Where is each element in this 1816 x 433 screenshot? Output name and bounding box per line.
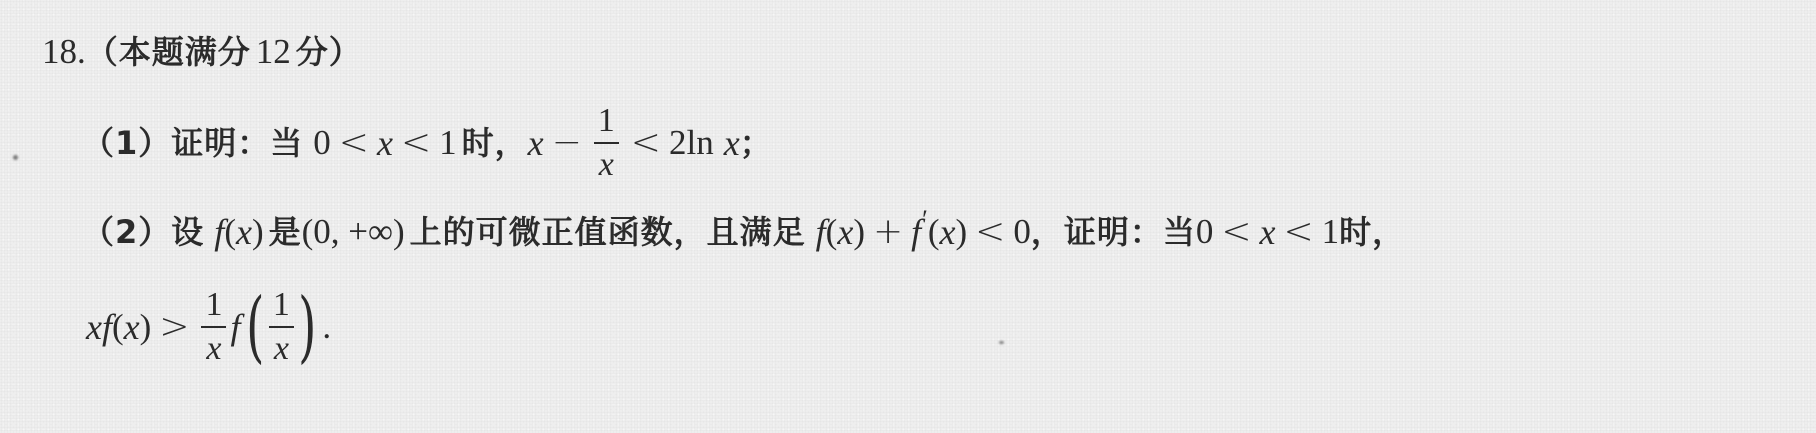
one: 1: [1322, 212, 1340, 252]
part2-when: 时，: [1339, 212, 1405, 252]
var-x: x: [1260, 212, 1276, 252]
prime-mark: ′: [922, 200, 928, 240]
rparen: ): [955, 212, 967, 252]
var-x: x: [940, 212, 956, 252]
fraction-numerator: 1: [269, 287, 294, 323]
var-x: x: [86, 307, 102, 347]
header-unit: 分: [296, 32, 329, 72]
var-x: x: [724, 123, 740, 163]
less-than: <: [1221, 212, 1251, 252]
zero: 0: [1013, 212, 1031, 252]
part1-label: （1）: [82, 123, 171, 163]
fraction-one-over-x: 1 x: [269, 287, 294, 367]
rparen: ): [252, 212, 264, 252]
lparen: (: [112, 307, 124, 347]
problem-header: 18. （ 本题满分 12 分 ）: [42, 32, 362, 72]
part1-statement: （1） 证明：当 0 < x < 1 时， x − 1 x < 2ln x ；: [82, 98, 773, 188]
rparen: ): [853, 212, 865, 252]
rparen: ): [140, 307, 152, 347]
fraction-numerator: 1: [201, 287, 226, 323]
fraction-one-over-x: 1 x: [201, 287, 226, 367]
problem-number: 18.: [42, 32, 86, 72]
part2-label: （2）: [82, 212, 171, 252]
part1-end: ；: [740, 123, 773, 163]
domain-interval: (0, +∞): [302, 212, 405, 252]
greater-than: >: [159, 307, 189, 347]
fraction-bar: [269, 326, 294, 328]
var-x: x: [236, 212, 252, 252]
fraction-bar: [594, 142, 619, 144]
part1-zero: 0: [313, 123, 331, 163]
var-x: x: [377, 123, 393, 163]
scan-speck: [999, 341, 1004, 344]
header-close-paren: ）: [329, 32, 362, 72]
part1-prove: 证明：当: [171, 123, 303, 163]
var-x: x: [837, 212, 853, 252]
part2-let: 设: [171, 212, 204, 252]
fraction-one-over-x: 1 x: [594, 103, 619, 183]
header-label: 本题满分: [119, 32, 251, 72]
part1-when: 时，: [462, 123, 528, 163]
part2-is: 是: [269, 212, 302, 252]
part2-statement: （2） 设 f ( x ) 是 (0, +∞) 上的可微正值函数，且满足 f (…: [82, 212, 1405, 252]
big-lparen: (: [247, 287, 265, 367]
part1-one: 1: [439, 123, 457, 163]
var-x: x: [528, 123, 544, 163]
big-rparen: ): [298, 287, 316, 367]
var-x: x: [124, 307, 140, 347]
func-f: f: [102, 307, 112, 347]
lparen: (: [826, 212, 838, 252]
fraction-numerator: 1: [594, 103, 619, 139]
period: .: [322, 307, 331, 347]
func-f: f: [911, 212, 921, 252]
fraction-denominator: x: [202, 331, 225, 367]
part2-description: 上的可微正值函数，且满足: [410, 212, 806, 252]
fraction-denominator: x: [270, 331, 293, 367]
minus-sign: −: [552, 123, 582, 163]
less-than: <: [1283, 212, 1313, 252]
zero: 0: [1196, 212, 1214, 252]
exam-page: 18. （ 本题满分 12 分 ） （1） 证明：当 0 < x < 1 时， …: [0, 0, 1816, 433]
func-f: f: [230, 307, 240, 347]
less-than: <: [631, 123, 661, 163]
func-f: f: [816, 212, 826, 252]
less-than: <: [401, 123, 431, 163]
scan-speck: [13, 155, 18, 160]
rhs-2ln: 2ln: [669, 123, 714, 163]
fraction-denominator: x: [595, 147, 618, 183]
less-than: <: [339, 123, 369, 163]
less-than: <: [975, 212, 1005, 252]
plus-sign: +: [873, 212, 903, 252]
fraction-bar: [201, 326, 226, 328]
lparen: (: [928, 212, 940, 252]
func-f: f: [214, 212, 224, 252]
part2-conclusion: x f ( x ) > 1 x f ( 1 x ) .: [86, 282, 331, 372]
lparen: (: [224, 212, 236, 252]
part2-prove: ，证明：当: [1031, 212, 1196, 252]
header-score: 12: [256, 32, 291, 72]
header-open-paren: （: [86, 32, 119, 72]
